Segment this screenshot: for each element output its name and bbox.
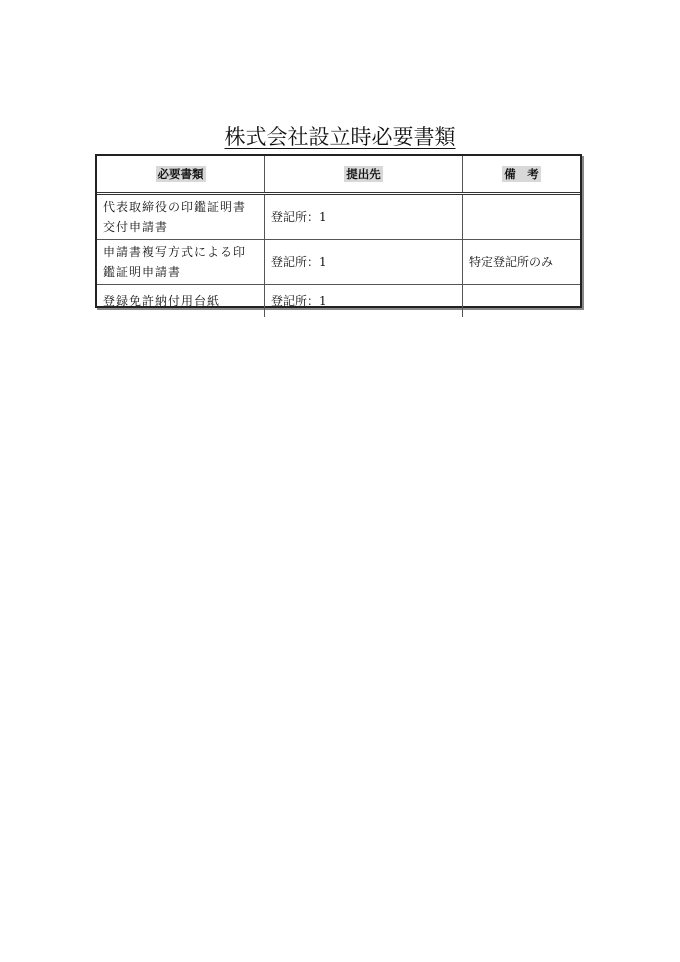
table-row: 申請書複写方式による印鑑証明申請書 登記所：1 特定登記所のみ xyxy=(97,240,580,285)
cell-submit-to: 登記所：1 xyxy=(265,285,463,317)
header-documents: 必要書類 xyxy=(97,156,265,194)
table-row: 登録免許納付用台紙 登記所：1 xyxy=(97,285,580,317)
cell-document: 登録免許納付用台紙 xyxy=(97,285,265,317)
cell-submit-to: 登記所：1 xyxy=(265,240,463,285)
cell-document: 申請書複写方式による印鑑証明申請書 xyxy=(97,240,265,285)
required-documents-table: 必要書類 提出先 備 考 代表取締役の印鑑証明書交付申請書 登記所：1 申請書複… xyxy=(95,154,582,308)
header-notes: 備 考 xyxy=(463,156,581,194)
table-row: 代表取締役の印鑑証明書交付申請書 登記所：1 xyxy=(97,194,580,240)
page-title: 株式会社設立時必要書類 xyxy=(0,121,680,151)
cell-submit-to: 登記所：1 xyxy=(265,194,463,240)
header-submit-to: 提出先 xyxy=(265,156,463,194)
title-text: 株式会社設立時必要書類 xyxy=(225,125,456,149)
cell-document: 代表取締役の印鑑証明書交付申請書 xyxy=(97,194,265,240)
cell-note xyxy=(463,194,581,240)
table-header-row: 必要書類 提出先 備 考 xyxy=(97,156,580,194)
cell-note xyxy=(463,285,581,317)
cell-note: 特定登記所のみ xyxy=(463,240,581,285)
